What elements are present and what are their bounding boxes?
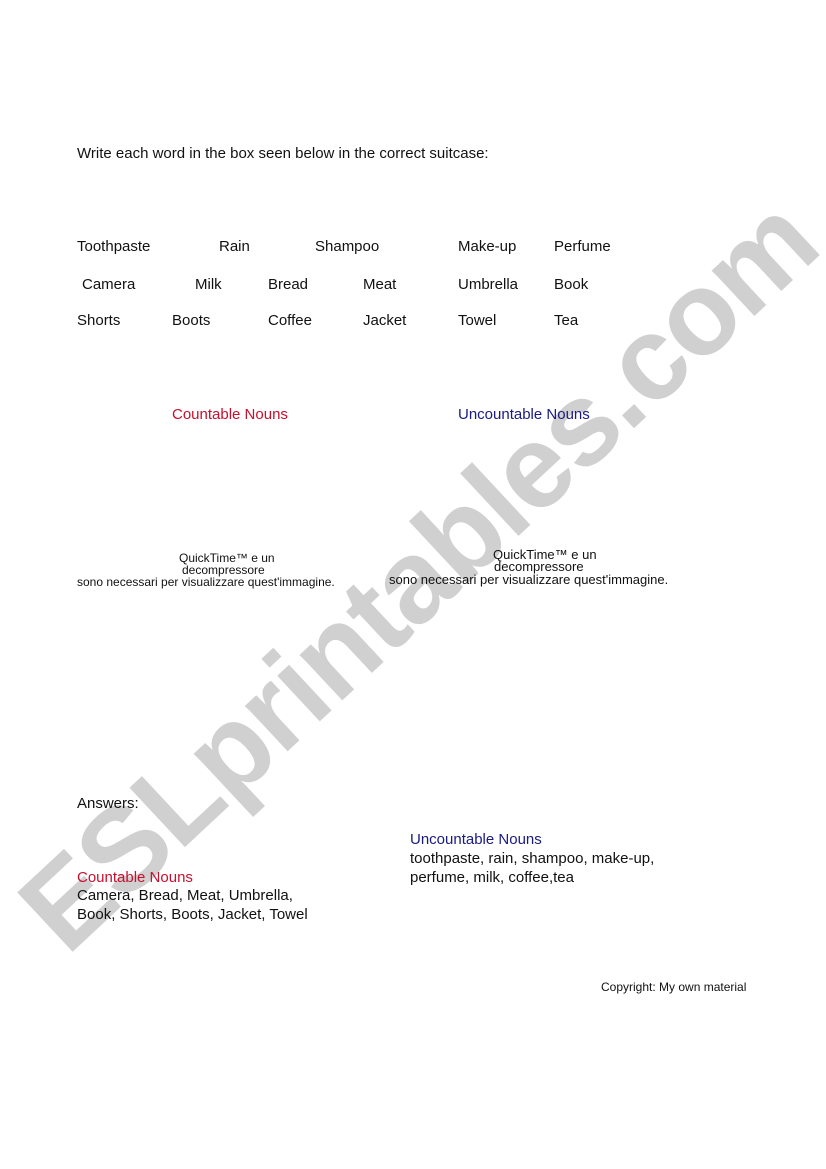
word-item: Milk (195, 276, 222, 293)
word-item: Toothpaste (77, 238, 150, 255)
word-item: Rain (219, 238, 250, 255)
uncountable-heading: Uncountable Nouns (458, 406, 590, 423)
word-item: Towel (458, 312, 496, 329)
word-item: Camera (82, 276, 135, 293)
answers-uncountable-line: toothpaste, rain, shampoo, make-up, (410, 850, 654, 867)
copyright-text: Copyright: My own material (601, 980, 746, 994)
word-item: Meat (363, 276, 396, 293)
answers-uncountable-line: perfume, milk, coffee,tea (410, 869, 574, 886)
answers-label: Answers: (77, 795, 139, 812)
answers-countable-heading: Countable Nouns (77, 869, 193, 886)
word-item: Make-up (458, 238, 516, 255)
word-item: Book (554, 276, 588, 293)
word-item: Coffee (268, 312, 312, 329)
instruction-text: Write each word in the box seen below in… (77, 145, 489, 162)
word-item: Jacket (363, 312, 406, 329)
word-item: Umbrella (458, 276, 518, 293)
word-item: Shorts (77, 312, 120, 329)
word-item: Perfume (554, 238, 611, 255)
word-item: Boots (172, 312, 210, 329)
word-item: Bread (268, 276, 308, 293)
countable-heading: Countable Nouns (172, 406, 288, 423)
answers-countable-line: Book, Shorts, Boots, Jacket, Towel (77, 906, 308, 923)
answers-countable-line: Camera, Bread, Meat, Umbrella, (77, 887, 293, 904)
word-item: Shampoo (315, 238, 379, 255)
placeholder-text: sono necessari per visualizzare quest'im… (389, 574, 668, 586)
word-item: Tea (554, 312, 578, 329)
answers-uncountable-heading: Uncountable Nouns (410, 831, 542, 848)
placeholder-text: sono necessari per visualizzare quest'im… (77, 576, 335, 588)
